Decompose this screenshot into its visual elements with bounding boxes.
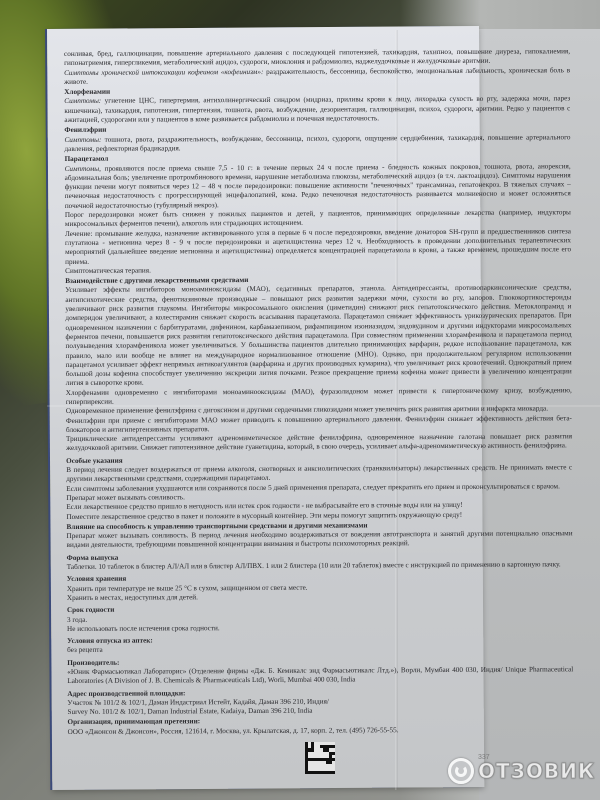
leaflet-text: сонливая, бред, галлюцинации, повышение … bbox=[64, 47, 574, 737]
paracetamol-symptoms: Симптомы, проявляются после приема свыше… bbox=[65, 162, 571, 211]
chlorphenamine-symptoms: Симптомы: угнетение ЦНС, гипертермия, ан… bbox=[64, 95, 570, 126]
storage-line: Хранить в местах, недоступных для детей. bbox=[67, 591, 573, 603]
otzovik-logo-icon bbox=[448, 758, 474, 784]
shelf-life-line: Не использовать после истечения срока го… bbox=[67, 622, 573, 634]
caffeinism-label: Симптомы хронической интоксикации кофеин… bbox=[64, 68, 263, 77]
interactions-paragraph: Усиливает эффекты ингибиторов моноаминок… bbox=[65, 284, 572, 389]
manufacturer-text: «Юник Фармасьютикал Лабораторис» (Отделе… bbox=[67, 665, 573, 686]
caffeinism-paragraph: Симптомы хронической интоксикации кофеин… bbox=[64, 66, 570, 87]
driving-text: Препарат может вызывать сонливость. В пе… bbox=[67, 529, 573, 550]
otzovik-watermark: ОТЗОВИК bbox=[448, 756, 595, 786]
release-form-text: Таблетки. 10 таблеток в блистер АЛ/АЛ ил… bbox=[67, 560, 573, 572]
interactions-paragraph: Трициклические антидепрессанты усиливают… bbox=[66, 433, 572, 454]
paracetamol-treatment: Лечение: промывание желудка, назначение … bbox=[65, 227, 571, 267]
phenylephrine-symptoms: Симптомы: тошнота, рвота, раздражительно… bbox=[64, 133, 570, 154]
watermark-text: ОТЗОВИК bbox=[478, 759, 595, 783]
datamatrix-barcode bbox=[305, 742, 335, 774]
